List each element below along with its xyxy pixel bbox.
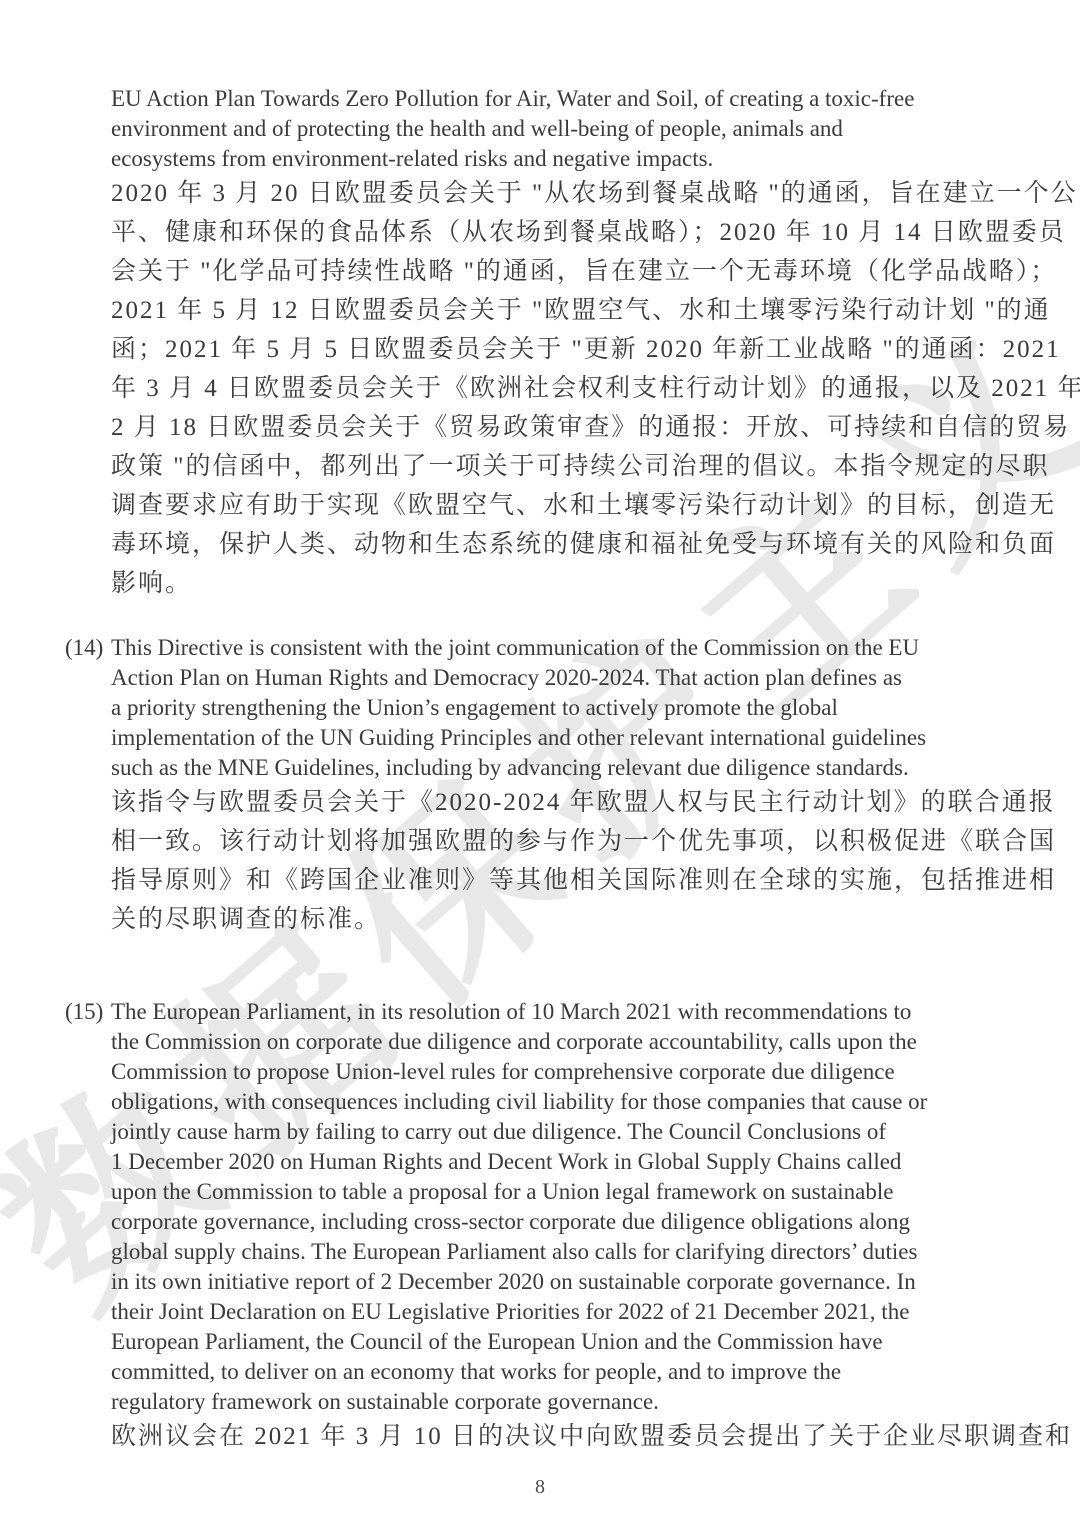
text-line-en: environment and of protecting the health…: [111, 114, 1013, 144]
text-line-zh: 函；2021 年 5 月 5 日欧盟委员会关于 "更新 2020 年新工业战略 …: [111, 330, 1013, 369]
text-line-en: regulatory framework on sustainable corp…: [111, 1387, 1013, 1417]
text-line-zh: 关的尽职调查的标准。: [111, 900, 1013, 939]
text-line-en: jointly cause harm by failing to carry o…: [111, 1117, 1013, 1147]
paragraph-number-marker: (15): [65, 997, 103, 1027]
text-line-en: Commission to propose Union-level rules …: [111, 1057, 1013, 1087]
text-line-zh: 年 3 月 4 日欧盟委员会关于《欧洲社会权利支柱行动计划》的通报，以及 202…: [111, 369, 1013, 408]
text-line-en: upon the Commission to table a proposal …: [111, 1177, 1013, 1207]
page-number: 8: [0, 1476, 1080, 1499]
document-page: 数据保护主义 EU Action Plan Towards Zero Pollu…: [0, 0, 1080, 1527]
text-line-en: implementation of the UN Guiding Princip…: [111, 723, 1013, 753]
text-line-en: The European Parliament, in its resoluti…: [111, 997, 1013, 1027]
text-line-en: committed, to deliver on an economy that…: [111, 1357, 1013, 1387]
text-line-en: the Commission on corporate due diligenc…: [111, 1027, 1013, 1057]
text-line-en: European Parliament, the Council of the …: [111, 1327, 1013, 1357]
text-line-zh: 欧洲议会在 2021 年 3 月 10 日的决议中向欧盟委员会提出了关于企业尽职…: [111, 1417, 1013, 1456]
text-line-en: corporate governance, including cross-se…: [111, 1207, 1013, 1237]
text-line-en: Action Plan on Human Rights and Democrac…: [111, 663, 1013, 693]
text-line-en: obligations, with consequences including…: [111, 1087, 1013, 1117]
paragraph-number-marker: (14): [65, 633, 103, 663]
text-line-en: a priority strengthening the Union’s eng…: [111, 693, 1013, 723]
page-content: EU Action Plan Towards Zero Pollution fo…: [65, 84, 1013, 1456]
text-line-zh: 会关于 "化学品可持续性战略 "的通函，旨在建立一个无毒环境（化学品战略）；: [111, 252, 1013, 291]
text-line-zh: 指导原则》和《跨国企业准则》等其他相关国际准则在全球的实施，包括推进相: [111, 861, 1013, 900]
paragraph-15: (15)The European Parliament, in its reso…: [65, 997, 1013, 1456]
text-line-zh: 2020 年 3 月 20 日欧盟委员会关于 "从农场到餐桌战略 "的通函，旨在…: [111, 174, 1013, 213]
text-line-en: This Directive is consistent with the jo…: [111, 633, 1013, 663]
text-line-en: global supply chains. The European Parli…: [111, 1237, 1013, 1267]
text-line-zh: 2021 年 5 月 12 日欧盟委员会关于 "欧盟空气、水和土壤零污染行动计划…: [111, 291, 1013, 330]
text-line-zh: 平、健康和环保的食品体系（从农场到餐桌战略）；2020 年 10 月 14 日欧…: [111, 213, 1013, 252]
text-line-en: 1 December 2020 on Human Rights and Dece…: [111, 1147, 1013, 1177]
text-line-zh: 政策 "的信函中，都列出了一项关于可持续公司治理的倡议。本指令规定的尽职: [111, 447, 1013, 486]
text-line-zh: 2 月 18 日欧盟委员会关于《贸易政策审查》的通报：开放、可持续和自信的贸易: [111, 408, 1013, 447]
text-line-zh: 毒环境，保护人类、动物和生态系统的健康和福祉免受与环境有关的风险和负面: [111, 525, 1013, 564]
text-line-zh: 相一致。该行动计划将加强欧盟的参与作为一个优先事项，以积极促进《联合国: [111, 822, 1013, 861]
text-line-en: such as the MNE Guidelines, including by…: [111, 753, 1013, 783]
text-line-en: their Joint Declaration on EU Legislativ…: [111, 1297, 1013, 1327]
text-line-en: ecosystems from environment-related risk…: [111, 144, 1013, 174]
text-line-zh: 该指令与欧盟委员会关于《2020-2024 年欧盟人权与民主行动计划》的联合通报: [111, 783, 1013, 822]
text-line-en: in its own initiative report of 2 Decemb…: [111, 1267, 1013, 1297]
text-line-zh: 调查要求应有助于实现《欧盟空气、水和土壤零污染行动计划》的目标，创造无: [111, 486, 1013, 525]
text-line-zh: 影响。: [111, 564, 1013, 603]
text-line-en: EU Action Plan Towards Zero Pollution fo…: [111, 84, 1013, 114]
paragraph-14: (14)This Directive is consistent with th…: [65, 633, 1013, 939]
paragraph-continuation: EU Action Plan Towards Zero Pollution fo…: [65, 84, 1013, 603]
